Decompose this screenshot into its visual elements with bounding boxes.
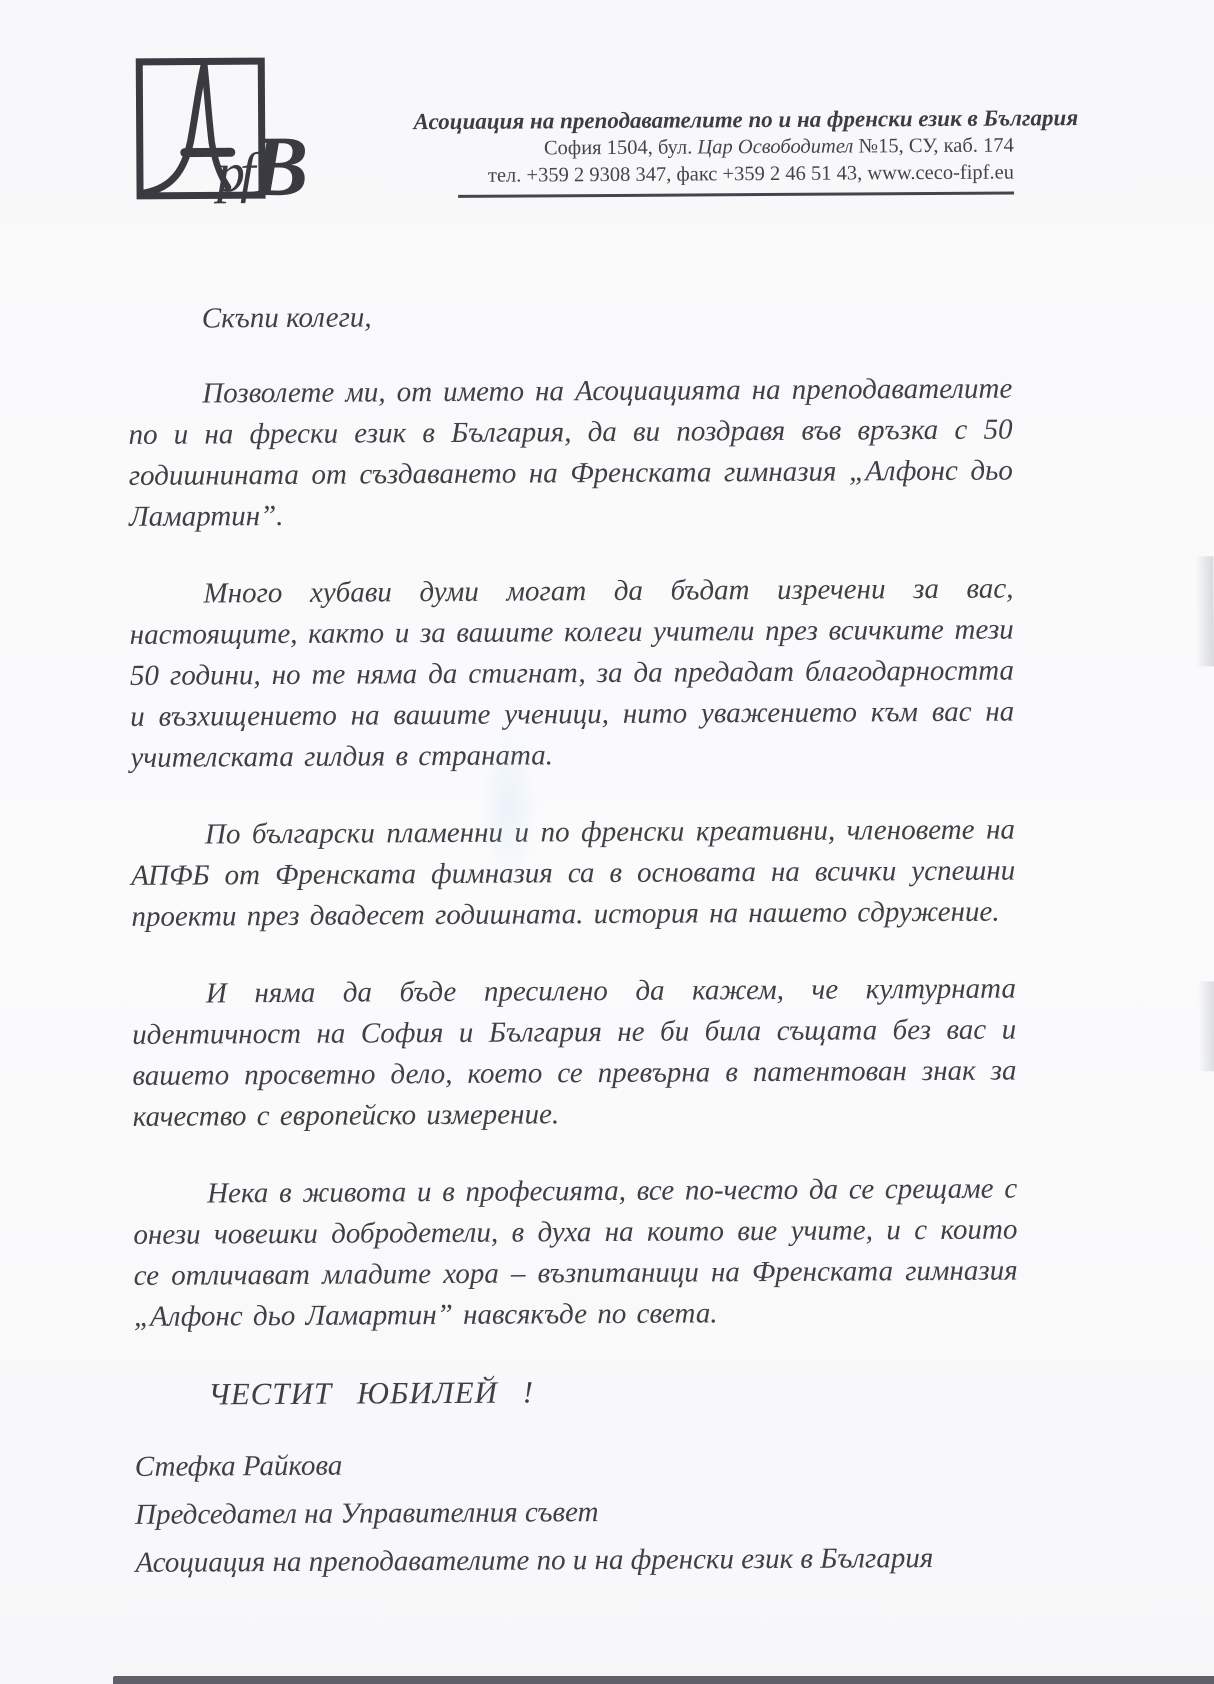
salutation: Скъпи колеги, [128, 294, 1012, 340]
address-suffix: №15, СУ, каб. 174 [853, 135, 1014, 158]
signature-org: Асоциация на преподавателите по и на фре… [135, 1533, 1019, 1586]
signature-name: Стефка Райкова [135, 1437, 1019, 1490]
paragraph-3: По български пламенни и по френски креат… [131, 810, 1016, 938]
letterhead-rule [458, 191, 1014, 197]
street-name: Цар Освободител [697, 136, 853, 159]
page-content: pf B Асоциация на преподавателите по и н… [0, 0, 1214, 1684]
scanner-edge-strip [113, 1676, 1214, 1684]
address-line: София 1504, бул. Цар Освободител №15, СУ… [414, 133, 1014, 163]
scan-smudge [1195, 556, 1214, 666]
paragraph-4: И няма да бъде пресилено да кажем, че ку… [132, 969, 1017, 1138]
signature-title: Председател на Управителния съвет [135, 1485, 1019, 1538]
closing-line: ЧЕСТИТ ЮБИЛЕЙ ! [134, 1369, 1018, 1415]
apfb-logo: pf B [132, 54, 318, 207]
contact-line: тел. +359 2 9308 347, факс +359 2 46 51 … [414, 159, 1014, 189]
logo-letter-b: B [250, 118, 309, 207]
letter-body: Скъпи колеги, Позволете ми, от името на … [128, 294, 1020, 1587]
paragraph-1: Позволете ми, от името на Асоциацията на… [128, 369, 1013, 538]
letterhead: Асоциация на преподавателите по и на фре… [414, 104, 1015, 199]
paragraph-2: Много хубави думи могат да бъдат изречен… [129, 569, 1014, 779]
org-name: Асоциация на преподавателите по и на фре… [414, 104, 1014, 137]
scanned-letter-page: pf B Асоциация на преподавателите по и н… [0, 0, 1214, 1684]
signature-block: Стефка Райкова Председател на Управителн… [135, 1437, 1020, 1586]
paragraph-5: Нека в живота и в професията, все по-чес… [133, 1169, 1018, 1338]
address-prefix: София 1504, бул. [544, 137, 698, 160]
scan-smudge [1198, 981, 1214, 1071]
